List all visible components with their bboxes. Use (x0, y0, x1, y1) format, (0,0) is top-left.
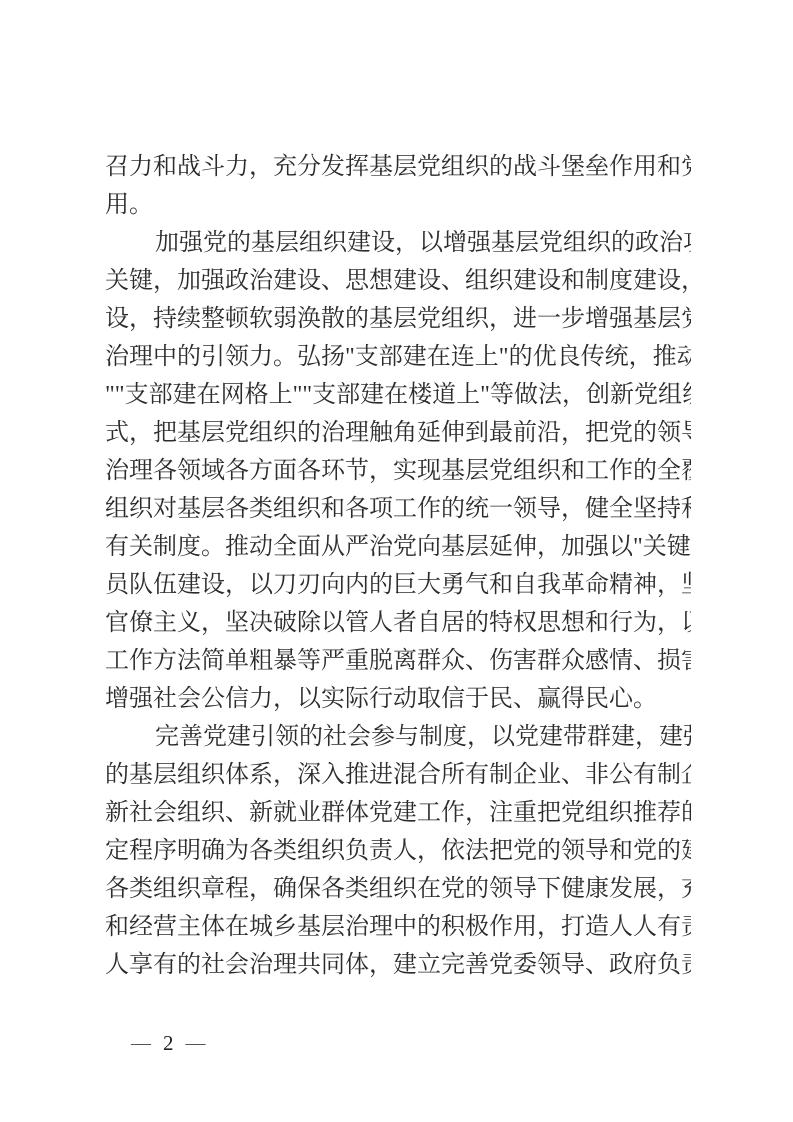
text-line: 各类组织章程，确保各类组织在党的领导下健康发展，充分发挥社会主体 (105, 870, 691, 908)
text-line: 完善党建引领的社会参与制度，以党建带群建，建强以党组织为核心 (105, 718, 691, 756)
text-line: 有关制度。推动全面从严治党向基层延伸，加强以"关键少数"为重点的党 (105, 528, 691, 566)
text-line: 员队伍建设，以刀刃向内的巨大勇气和自我革命精神，坚决纠治形式主义、 (105, 566, 691, 604)
text-line: 和经营主体在城乡基层治理中的积极作用，打造人人有责、人人尽责、人 (105, 908, 691, 946)
text-line: 式，把基层党组织的治理触角延伸到最前沿，把党的领导落实到城乡基层 (105, 414, 691, 452)
text-line: 用。 (105, 186, 691, 224)
text-line: 关键，加强政治建设、思想建设、组织建设和制度建设，加强基层政权建 (105, 262, 691, 300)
text-line: 治理各领域各方面各环节，实现基层党组织和工作的全覆盖，加强基层党 (105, 452, 691, 490)
page-number-dash-left: — (131, 1032, 151, 1055)
text-line: 新社会组织、新就业群体党建工作，注重把党组织推荐的优秀人选通过一 (105, 794, 691, 832)
text-line: 设，持续整顿软弱涣散的基层党组织，进一步增强基层党组织在城乡基层 (105, 300, 691, 338)
page-number-footer: — 2 — (131, 1028, 206, 1058)
text-line: 增强社会公信力，以实际行动取信于民、赢得民心。 (105, 680, 691, 718)
document-text: 召力和战斗力，充分发挥基层党组织的战斗堡垒作用和党员的先锋模范作用。加强党的基层… (105, 148, 691, 984)
text-line: 官僚主义，坚决破除以管人者自居的特权思想和行为，以及不担当不作为、 (105, 604, 691, 642)
document-page: 召力和战斗力，充分发挥基层党组织的战斗堡垒作用和党员的先锋模范作用。加强党的基层… (0, 0, 793, 1122)
text-line: 工作方法简单粗暴等严重脱离群众、伤害群众感情、损害群众利益的问题， (105, 642, 691, 680)
text-line: 的基层组织体系，深入推进混合所有制企业、非公有制企业和新经济组织、 (105, 756, 691, 794)
text-line: 组织对基层各类组织和各项工作的统一领导，健全坚持和加强党的领导的 (105, 490, 691, 528)
text-line: 人享有的社会治理共同体，建立完善党委领导、政府负责、社会协同、公 (105, 946, 691, 984)
text-line: 治理中的引领力。弘扬"支部建在连上"的优良传统，推动"支部建在小区上 (105, 338, 691, 376)
text-line: 定程序明确为各类组织负责人，依法把党的领导和党的建设有关要求写入 (105, 832, 691, 870)
text-line: 召力和战斗力，充分发挥基层党组织的战斗堡垒作用和党员的先锋模范作 (105, 148, 691, 186)
page-number-dash-right: — (186, 1032, 206, 1055)
text-line: ""支部建在网格上""支部建在楼道上"等做法，创新党组织的设置和活动方 (105, 376, 691, 414)
text-line: 加强党的基层组织建设，以增强基层党组织的政治功能和组织功能为 (105, 224, 691, 262)
page-number: 2 (163, 1031, 174, 1056)
